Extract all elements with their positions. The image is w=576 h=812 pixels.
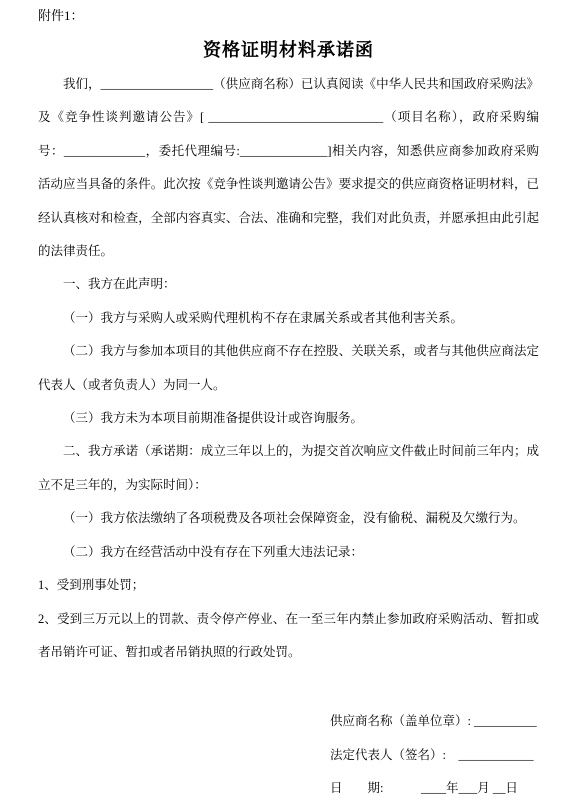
document-body: 我们，__________________（供应商名称）已认真阅读《中华人民共和… xyxy=(38,68,539,669)
attachment-label: 附件1： xyxy=(38,6,539,26)
page-title: 资格证明材料承诺函 xyxy=(38,36,539,62)
paragraph: 我们，__________________（供应商名称）已认真阅读《中华人民共和… xyxy=(38,68,539,268)
paragraph: 二、我方承诺（承诺期：成立三年以上的，为提交首次响应文件截止时间前三年内；成立不… xyxy=(38,435,539,502)
paragraph: （三）我方未为本项目前期准备提供设计或咨询服务。 xyxy=(38,402,539,435)
signature-line: 法定代表人（签名）: ____________ xyxy=(330,739,539,772)
paragraph: （二）我方与参加本项目的其他供应商不存在控股、关联关系，或者与其他供应商法定代表… xyxy=(38,335,539,402)
paragraph: （一）我方依法缴纳了各项税费及各项社会保障资金，没有偷税、漏税及欠缴行为。 xyxy=(38,502,539,535)
paragraph: 1、受到刑事处罚； xyxy=(38,569,539,602)
signature-block: 供应商名称（盖单位章）: __________法定代表人（签名）: ______… xyxy=(330,705,539,805)
paragraph: 2、受到三万元以上的罚款、责令停产停业、在一至三年内禁止参加政府采购活动、暂扣或… xyxy=(38,603,539,670)
document-page: 附件1： 资格证明材料承诺函 我们，__________________（供应商… xyxy=(0,0,576,812)
paragraph: （二）我方在经营活动中没有存在下列重大违法记录： xyxy=(38,536,539,569)
paragraph: 一、我方在此声明： xyxy=(38,268,539,301)
signature-line: 日 期: ____年___月 __日 xyxy=(330,772,539,805)
paragraph: （一）我方与采购人或采购代理机构不存在隶属关系或者其他利害关系。 xyxy=(38,302,539,335)
signature-line: 供应商名称（盖单位章）: __________ xyxy=(330,705,539,738)
